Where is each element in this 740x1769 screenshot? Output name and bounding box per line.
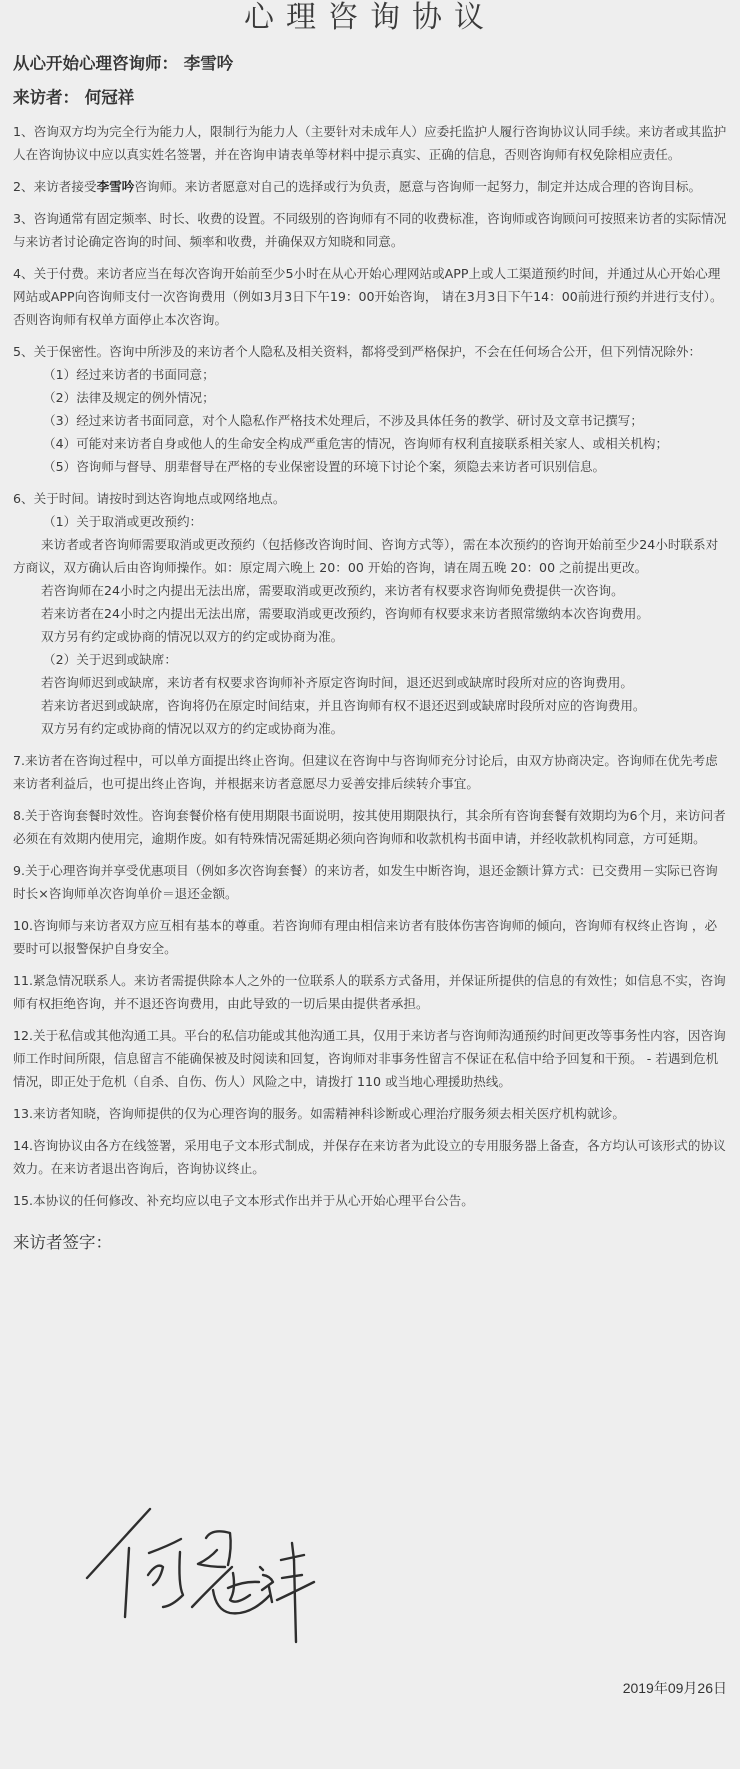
clause-intro: 6、关于时间。请按时到达咨询地点或网络地点。 <box>13 487 727 510</box>
clause-text: 8.关于咨询套餐时效性。咨询套餐价格有使用期限书面说明，按其使用期限执行，其余所… <box>13 804 727 850</box>
exception-item: （4）可能对来访者自身或他人的生命安全构成严重危害的情况，咨询师有权利直接联系相… <box>13 432 727 455</box>
page-title: 心理咨询协议 <box>13 0 727 40</box>
counselor-label: 从心开始心理咨询师： <box>13 54 178 73</box>
clause-text: 13.来访者知晓，咨询师提供的仅为心理咨询的服务。如需精神科诊断或心理治疗服务须… <box>13 1102 727 1125</box>
clause-4: 4、关于付费。来访者应当在每次咨询开始前至少5小时在从心开始心理网站或APP上或… <box>13 262 727 331</box>
clause-text: 15.本协议的任何修改、补充均应以电子文本形式作出并于从心开始心理平台公告。 <box>13 1189 727 1212</box>
signature-date: 2019年09月26日 <box>623 1678 727 1698</box>
clause-text: 4、关于付费。来访者应当在每次咨询开始前至少5小时在从心开始心理网站或APP上或… <box>13 262 727 331</box>
clause-text: 7.来访者在咨询过程中，可以单方面提出终止咨询。但建议在咨询中与咨询师充分讨论后… <box>13 749 727 795</box>
agreement-document: 心理咨询协议 从心开始心理咨询师： 李雪吟 来访者： 何冠祥 1、咨询双方均为完… <box>0 0 740 1254</box>
clause-text: 1、咨询双方均为完全行为能力人，限制行为能力人（主要针对未成年人）应委托监护人履… <box>13 120 727 166</box>
counselor-line: 从心开始心理咨询师： 李雪吟 <box>13 53 727 75</box>
clause-13: 13.来访者知晓，咨询师提供的仅为心理咨询的服务。如需精神科诊断或心理治疗服务须… <box>13 1102 727 1125</box>
clause-9: 9.关于心理咨询并享受优惠项目（例如多次咨询套餐）的来访者，如发生中断咨询，退还… <box>13 859 727 905</box>
exception-item: （2）法律及规定的例外情况； <box>13 386 727 409</box>
clause-text-pre: 2、来访者接受 <box>13 179 97 194</box>
subsection-paragraph: 来访者或者咨询师需要取消或更改预约（包括修改咨询时间、咨询方式等），需在本次预约… <box>13 533 727 579</box>
visitor-line: 来访者： 何冠祥 <box>13 87 727 109</box>
clause-text: 14.咨询协议由各方在线签署，采用电子文本形式制成，并保存在来访者为此设立的专用… <box>13 1134 727 1180</box>
clause-intro: 5、关于保密性。咨询中所涉及的来访者个人隐私及相关资料，都将受到严格保护，不会在… <box>13 340 727 363</box>
subsection-paragraph: 若来访者在24小时之内提出无法出席，需要取消或更改预约，咨询师有权要求来访者照常… <box>13 602 727 625</box>
clause-12: 12.关于私信或其他沟通工具。平台的私信功能或其他沟通工具，仅用于来访者与咨询师… <box>13 1024 727 1093</box>
clause-10: 10.咨询师与来访者双方应互相有基本的尊重。若咨询师有理由相信来访者有肢体伤害咨… <box>13 914 727 960</box>
subsection-paragraph: 若咨询师在24小时之内提出无法出席，需要取消或更改预约，来访者有权要求咨询师免费… <box>13 579 727 602</box>
subsection-title: （2）关于迟到或缺席： <box>13 648 727 671</box>
clause-text: 2、来访者接受李雪吟咨询师。来访者愿意对自己的选择或行为负责，愿意与咨询师一起努… <box>13 175 727 198</box>
visitor-label: 来访者： <box>13 88 79 107</box>
counselor-name-inline: 李雪吟 <box>97 179 135 194</box>
clause-list: 1、咨询双方均为完全行为能力人，限制行为能力人（主要针对未成年人）应委托监护人履… <box>13 120 727 1212</box>
subsection-paragraph: 若咨询师迟到或缺席，来访者有权要求咨询师补齐原定咨询时间，退还迟到或缺席时段所对… <box>13 671 727 694</box>
subsection-paragraph: 双方另有约定或协商的情况以双方的约定或协商为准。 <box>13 625 727 648</box>
clause-14: 14.咨询协议由各方在线签署，采用电子文本形式制成，并保存在来访者为此设立的专用… <box>13 1134 727 1180</box>
subsection-paragraph: 若来访者迟到或缺席，咨询将仍在原定时间结束，并且咨询师有权不退还迟到或缺席时段所… <box>13 694 727 717</box>
exception-item: （3）经过来访者书面同意，对个人隐私作严格技术处理后，不涉及具体任务的教学、研讨… <box>13 409 727 432</box>
clause-text: 12.关于私信或其他沟通工具。平台的私信功能或其他沟通工具，仅用于来访者与咨询师… <box>13 1024 727 1093</box>
clause-3: 3、咨询通常有固定频率、时长、收费的设置。不同级别的咨询师有不同的收费标准，咨询… <box>13 207 727 253</box>
visitor-name: 何冠祥 <box>85 88 135 107</box>
exception-item: （5）咨询师与督导、朋辈督导在严格的专业保密设置的环境下讨论个案，须隐去来访者可… <box>13 455 727 478</box>
clause-6: 6、关于时间。请按时到达咨询地点或网络地点。 （1）关于取消或更改预约： 来访者… <box>13 487 727 740</box>
clause-11: 11.紧急情况联系人。来访者需提供除本人之外的一位联系人的联系方式备用，并保证所… <box>13 969 727 1015</box>
clause-text: 11.紧急情况联系人。来访者需提供除本人之外的一位联系人的联系方式备用，并保证所… <box>13 969 727 1015</box>
clause-text: 10.咨询师与来访者双方应互相有基本的尊重。若咨询师有理由相信来访者有肢体伤害咨… <box>13 914 727 960</box>
counselor-name: 李雪吟 <box>184 54 234 73</box>
clause-text: 9.关于心理咨询并享受优惠项目（例如多次咨询套餐）的来访者，如发生中断咨询，退还… <box>13 859 727 905</box>
clause-15: 15.本协议的任何修改、补充均应以电子文本形式作出并于从心开始心理平台公告。 <box>13 1189 727 1212</box>
exception-item: （1）经过来访者的书面同意； <box>13 363 727 386</box>
clause-1: 1、咨询双方均为完全行为能力人，限制行为能力人（主要针对未成年人）应委托监护人履… <box>13 120 727 166</box>
clause-text: 3、咨询通常有固定频率、时长、收费的设置。不同级别的咨询师有不同的收费标准，咨询… <box>13 207 727 253</box>
subsection-title: （1）关于取消或更改预约： <box>13 510 727 533</box>
signature-label: 来访者签字： <box>13 1232 727 1254</box>
clause-8: 8.关于咨询套餐时效性。咨询套餐价格有使用期限书面说明，按其使用期限执行，其余所… <box>13 804 727 850</box>
clause-5: 5、关于保密性。咨询中所涉及的来访者个人隐私及相关资料，都将受到严格保护，不会在… <box>13 340 727 478</box>
clause-text-post: 咨询师。来访者愿意对自己的选择或行为负责，愿意与咨询师一起努力，制定并达成合理的… <box>134 179 701 194</box>
subsection-paragraph: 双方另有约定或协商的情况以双方的约定或协商为准。 <box>13 717 727 740</box>
clause-7: 7.来访者在咨询过程中，可以单方面提出终止咨询。但建议在咨询中与咨询师充分讨论后… <box>13 749 727 795</box>
handwritten-signature <box>60 1490 360 1660</box>
clause-2: 2、来访者接受李雪吟咨询师。来访者愿意对自己的选择或行为负责，愿意与咨询师一起努… <box>13 175 727 198</box>
